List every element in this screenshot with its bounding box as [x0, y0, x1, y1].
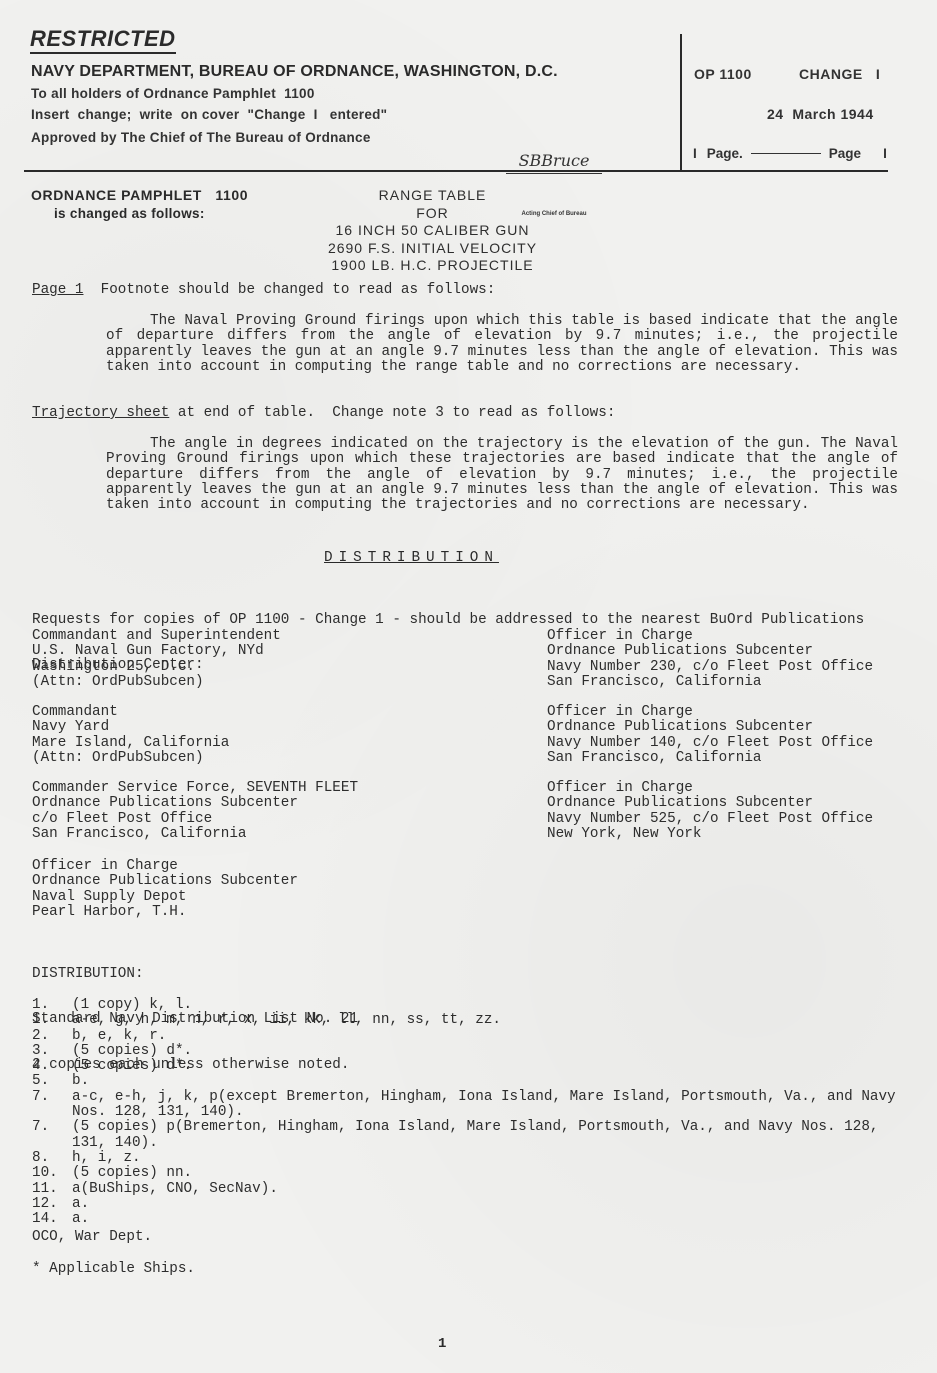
list-item-text: (5 copies) nn. [72, 1166, 902, 1181]
address-block: Officer in ChargeOrdnance Publications S… [547, 705, 937, 766]
extra-distribution: OCO, War Dept. [32, 1230, 152, 1245]
classification-marking: RESTRICTED [30, 27, 176, 54]
list-item-text: b. [72, 1074, 902, 1089]
insert-instruction: Insert change; write on cover "Change I … [31, 107, 387, 122]
page-to-number: I [883, 146, 887, 161]
address-line: c/o Fleet Post Office [32, 812, 432, 827]
address-line: Navy Number 525, c/o Fleet Post Office [547, 812, 937, 827]
address-line: San Francisco, California [547, 751, 937, 766]
address-block: Officer in ChargeOrdnance Publications S… [32, 859, 432, 920]
list-heading-line: DISTRIBUTION: [32, 967, 358, 982]
page-to-label: Page [829, 146, 861, 161]
holders-line: To all holders of Ordnance Pamphlet 1100 [31, 86, 315, 101]
address-block: Commander Service Force, SEVENTH FLEETOr… [32, 781, 432, 842]
address-line: Navy Number 230, c/o Fleet Post Office [547, 660, 937, 675]
footnote-paragraph: The Naval Proving Ground firings upon wh… [106, 314, 898, 375]
address-line: Ordnance Publications Subcenter [32, 874, 432, 889]
approval-line: Approved by The Chief of The Bureau of O… [31, 130, 371, 145]
address-line: Commander Service Force, SEVENTH FLEET [32, 781, 432, 796]
range-table-title: RANGE TABLE FOR 16 INCH 50 CALIBER GUN 2… [305, 187, 560, 275]
list-item-number: 7. [32, 1120, 72, 1151]
list-item-text: a. [72, 1197, 902, 1212]
note-paragraph: The angle in degrees indicated on the tr… [106, 437, 898, 513]
request-line: Requests for copies of OP 1100 - Change … [32, 613, 864, 628]
address-line: Officer in Charge [547, 781, 937, 796]
address-line: Ordnance Publications Subcenter [32, 796, 432, 811]
pamphlet-title: ORDNANCE PAMPHLET 1100 [31, 187, 248, 203]
address-line: Commandant [32, 705, 432, 720]
change-reference: Page 1 [32, 282, 83, 298]
address-line: San Francisco, California [32, 827, 432, 842]
list-item-number: 1. [32, 1013, 72, 1028]
list-item: 5.b. [32, 1074, 902, 1089]
list-item-number: 10. [32, 1166, 72, 1181]
change-number: CHANGE I [799, 66, 880, 82]
change-reference: Trajectory sheet [32, 405, 169, 421]
list-item: 8.h, i, z. [32, 1151, 902, 1166]
list-item-text: (1 copy) k, l. [72, 998, 902, 1013]
range-table-line: 1900 LB. H.C. PROJECTILE [305, 257, 560, 275]
address-line: Navy Number 140, c/o Fleet Post Office [547, 736, 937, 751]
list-item: 10.(5 copies) nn. [32, 1166, 902, 1181]
address-line: Washington 25, D.C. [32, 660, 432, 675]
list-item-text: h, i, z. [72, 1151, 902, 1166]
address-line: San Francisco, California [547, 675, 937, 690]
distribution-heading: DISTRIBUTION [324, 550, 499, 566]
address-line: Ordnance Publications Subcenter [547, 720, 937, 735]
list-item-number: 8. [32, 1151, 72, 1166]
header-divider-vertical [680, 34, 682, 171]
publication-number: OP 1100 [694, 66, 752, 82]
footnote-text: The Naval Proving Ground firings upon wh… [106, 314, 898, 375]
list-item-text: (5 copies) d*. [72, 1059, 902, 1074]
address-line: Officer in Charge [547, 705, 937, 720]
list-item-text: (5 copies) d*. [72, 1044, 902, 1059]
list-item: 11.a(BuShips, CNO, SecNav). [32, 1182, 902, 1197]
list-item: 1.a-e, g, h, m, n, r, x, ii, kk, ll, nn,… [32, 1013, 902, 1028]
change-instruction: at end of table. Change note 3 to read a… [169, 405, 615, 421]
address-line: Navy Yard [32, 720, 432, 735]
address-line: Officer in Charge [547, 629, 937, 644]
address-block: Officer in ChargeOrdnance Publications S… [547, 781, 937, 842]
list-item-text: a. [72, 1212, 902, 1227]
list-item: 7.(5 copies) p(Bremerton, Hingham, Iona … [32, 1120, 902, 1151]
page-from-label: Page. [707, 146, 743, 161]
address-line: Officer in Charge [32, 859, 432, 874]
address-line: Mare Island, California [32, 736, 432, 751]
note-text: The angle in degrees indicated on the tr… [106, 437, 898, 513]
page-number: 1 [438, 1336, 446, 1352]
list-item-number: 3. [32, 1044, 72, 1059]
address-line: Ordnance Publications Subcenter [547, 796, 937, 811]
list-item: 7.a-c, e-h, j, k, p(except Bremerton, Hi… [32, 1090, 902, 1121]
address-block: Commandant and SuperintendentU.S. Naval … [32, 629, 432, 690]
address-line: Naval Supply Depot [32, 890, 432, 905]
address-line: Pearl Harbor, T.H. [32, 905, 432, 920]
address-line: (Attn: OrdPubSubcen) [32, 675, 432, 690]
range-table-line: 16 INCH 50 CALIBER GUN [305, 222, 560, 240]
change-date: 24 March 1944 [767, 106, 874, 122]
page-range-dash [751, 153, 821, 155]
distribution-list: 1.(1 copy) k, l.1.a-e, g, h, m, n, r, x,… [32, 998, 902, 1227]
address-line: U.S. Naval Gun Factory, NYd [32, 644, 432, 659]
list-item: 14.a. [32, 1212, 902, 1227]
address-line: Ordnance Publications Subcenter [547, 644, 937, 659]
header-divider-horizontal [24, 170, 888, 172]
range-table-line: RANGE TABLE [305, 187, 560, 205]
list-item: 4.(5 copies) d*. [32, 1059, 902, 1074]
page-range: I Page. Page I [693, 146, 887, 161]
list-item: 12.a. [32, 1197, 902, 1212]
change-entry-trajectory: Trajectory sheet at end of table. Change… [32, 406, 615, 421]
pamphlet-subtitle: is changed as follows: [54, 206, 205, 221]
list-item-text: (5 copies) p(Bremerton, Hingham, Iona Is… [72, 1120, 902, 1151]
footnote-applicable-ships: * Applicable Ships. [32, 1262, 195, 1277]
list-item-number: 14. [32, 1212, 72, 1227]
list-item-number: 11. [32, 1182, 72, 1197]
list-item: 2.b, e, k, r. [32, 1029, 902, 1044]
range-table-line: FOR [305, 205, 560, 223]
list-item-number: 4. [32, 1059, 72, 1074]
list-item: 1.(1 copy) k, l. [32, 998, 902, 1013]
list-item-number: 1. [32, 998, 72, 1013]
address-line: (Attn: OrdPubSubcen) [32, 751, 432, 766]
address-line: New York, New York [547, 827, 937, 842]
address-line: Commandant and Superintendent [32, 629, 432, 644]
address-block: CommandantNavy YardMare Island, Californ… [32, 705, 432, 766]
list-item: 3.(5 copies) d*. [32, 1044, 902, 1059]
list-item-number: 5. [32, 1074, 72, 1089]
list-item-text: a-e, g, h, m, n, r, x, ii, kk, ll, nn, s… [72, 1013, 902, 1028]
list-item-number: 2. [32, 1029, 72, 1044]
change-entry-page1: Page 1 Footnote should be changed to rea… [32, 283, 495, 298]
department-heading: NAVY DEPARTMENT, BUREAU OF ORDNANCE, WAS… [31, 63, 558, 81]
list-item-text: a-c, e-h, j, k, p(except Bremerton, Hing… [72, 1090, 902, 1121]
list-item-text: a(BuShips, CNO, SecNav). [72, 1182, 902, 1197]
range-table-line: 2690 F.S. INITIAL VELOCITY [305, 240, 560, 258]
list-item-number: 7. [32, 1090, 72, 1121]
address-block: Officer in ChargeOrdnance Publications S… [547, 629, 937, 690]
list-item-text: b, e, k, r. [72, 1029, 902, 1044]
change-instruction: Footnote should be changed to read as fo… [83, 282, 495, 298]
list-item-number: 12. [32, 1197, 72, 1212]
page-from-number: I [693, 146, 697, 161]
